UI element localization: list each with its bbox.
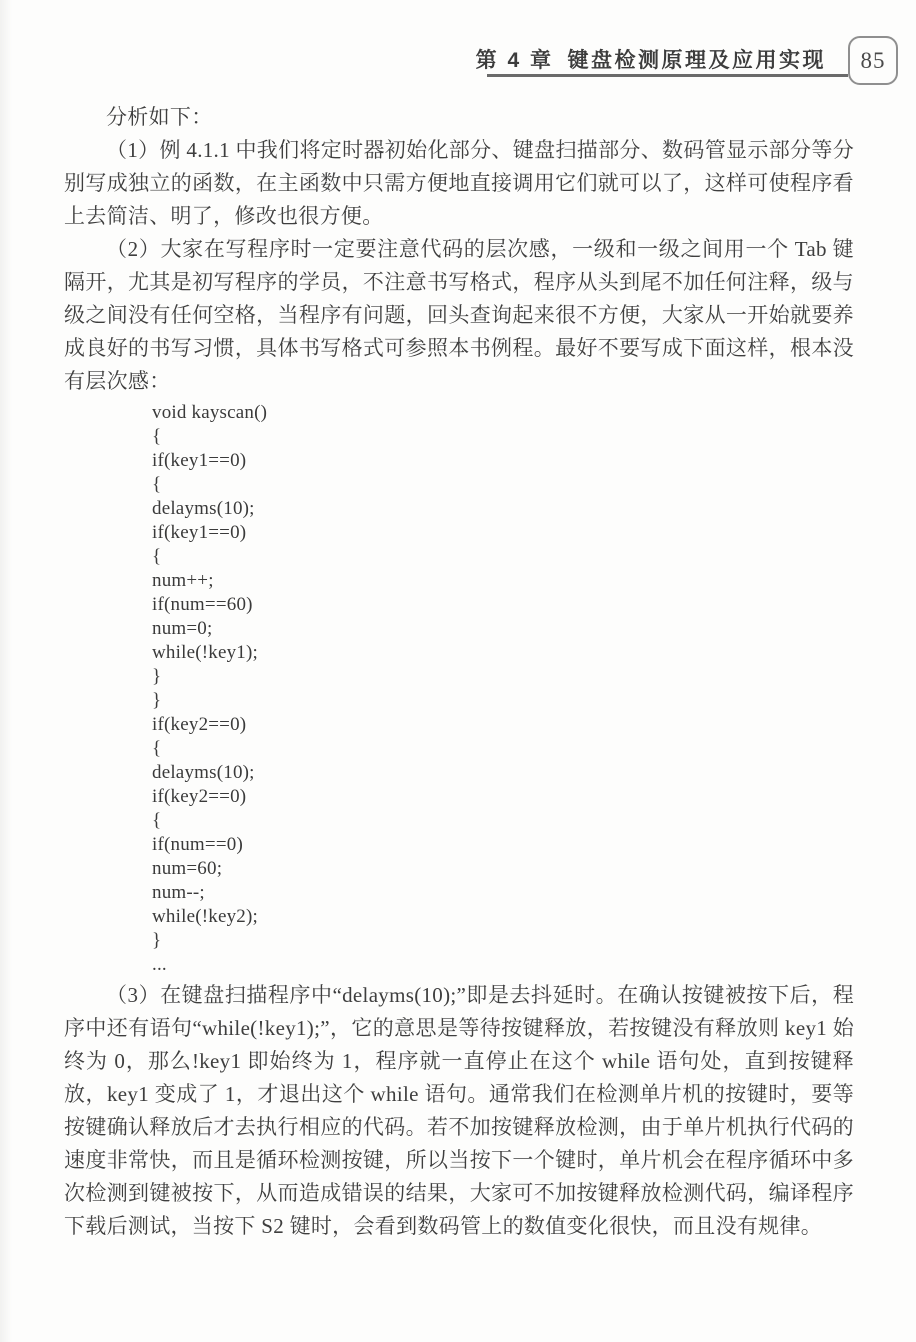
page-body: 分析如下：（1）例 4.1.1 中我们将定时器初始化部分、键盘扫描部分、数码管显…	[64, 101, 854, 1243]
page-number-box: 85	[848, 36, 898, 85]
paragraph: （2）大家在写程序时一定要注意代码的层次感，一级和一级之间用一个 Tab 键隔开…	[64, 233, 854, 398]
code-line: if(key2==0)	[152, 785, 854, 809]
paragraph: （1）例 4.1.1 中我们将定时器初始化部分、键盘扫描部分、数码管显示部分等分…	[64, 134, 854, 233]
code-line: }	[152, 689, 854, 713]
paragraph: 分析如下：	[64, 101, 854, 134]
code-line: delayms(10);	[152, 761, 854, 785]
code-line: }	[152, 929, 854, 953]
code-line: if(key1==0)	[152, 521, 854, 545]
chapter-title: 键盘检测原理及应用实现	[568, 49, 827, 72]
code-line: {	[152, 545, 854, 569]
code-line: while(!key2);	[152, 905, 854, 929]
code-line: }	[152, 665, 854, 689]
code-line: ...	[152, 953, 854, 977]
chapter-number: 第 4 章	[476, 49, 554, 72]
code-line: num=0;	[152, 617, 854, 641]
page-number: 85	[861, 48, 886, 74]
code-line: {	[152, 737, 854, 761]
code-line: if(num==60)	[152, 593, 854, 617]
code-line: void kayscan()	[152, 401, 854, 425]
chapter-heading: 第 4 章键盘检测原理及应用实现	[476, 44, 826, 74]
code-line: if(num==0)	[152, 833, 854, 857]
code-line: if(key1==0)	[152, 449, 854, 473]
code-line: num++;	[152, 569, 854, 593]
header-rule	[487, 74, 848, 77]
code-line: {	[152, 809, 854, 833]
code-line: num=60;	[152, 857, 854, 881]
code-line: {	[152, 425, 854, 449]
code-line: while(!key1);	[152, 641, 854, 665]
paragraph: （3）在键盘扫描程序中“delayms(10);”即是去抖延时。在确认按键被按下…	[64, 979, 854, 1243]
code-line: delayms(10);	[152, 497, 854, 521]
code-line: {	[152, 473, 854, 497]
code-line: num--;	[152, 881, 854, 905]
code-block: void kayscan(){if(key1==0){delayms(10);i…	[152, 401, 854, 977]
code-line: if(key2==0)	[152, 713, 854, 737]
book-page: 第 4 章键盘检测原理及应用实现 85 分析如下：（1）例 4.1.1 中我们将…	[0, 0, 916, 1342]
